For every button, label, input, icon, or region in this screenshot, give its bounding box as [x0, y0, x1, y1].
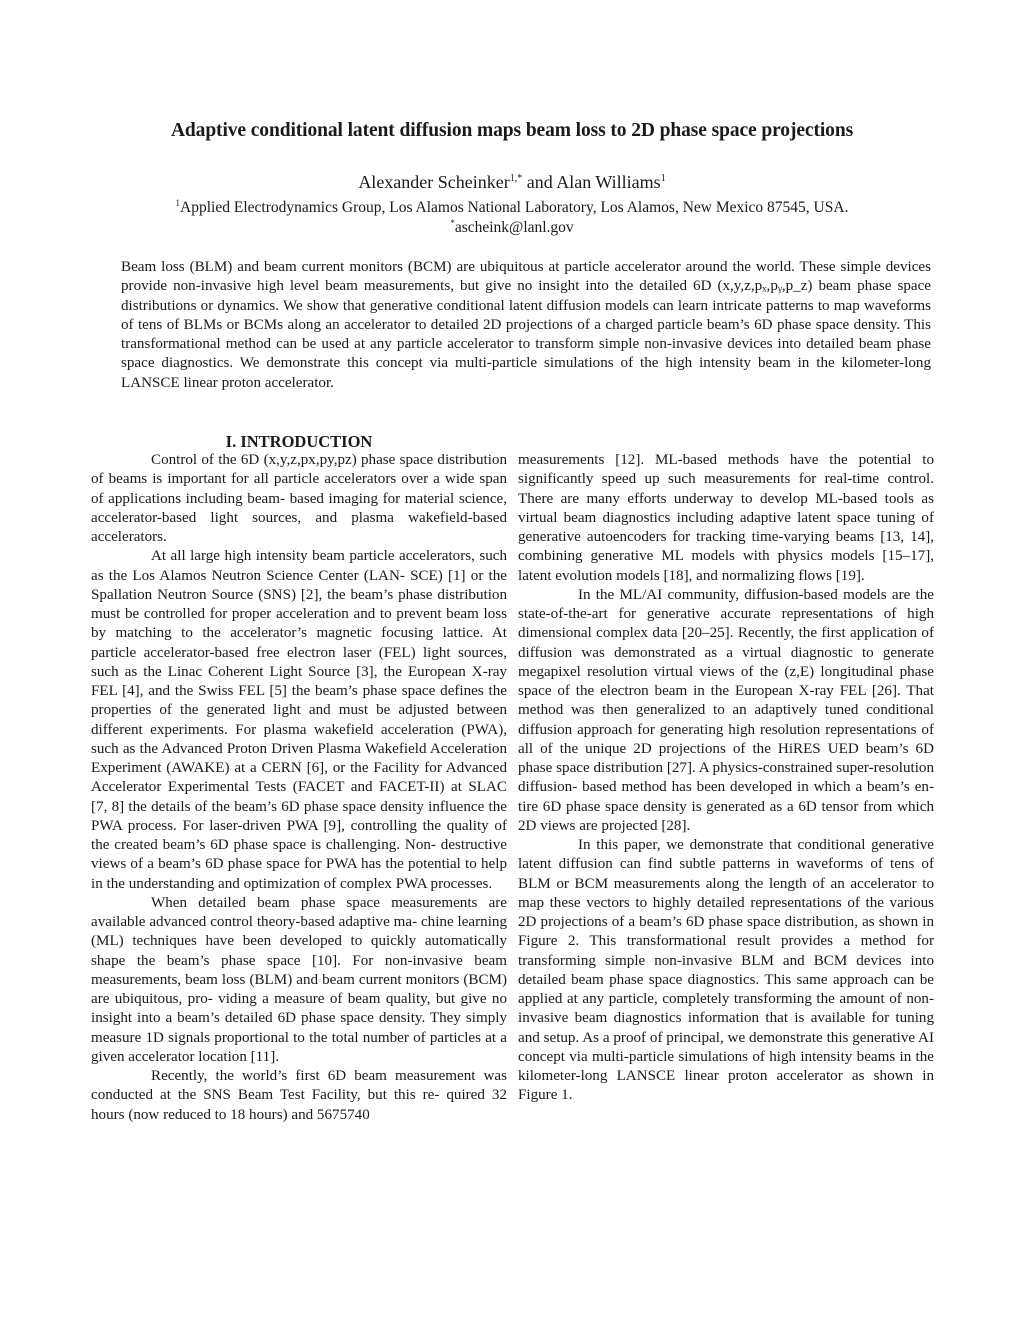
paragraph: Recently, the world’s first 6D beam meas… — [91, 1067, 507, 1125]
paragraph: In the ML/AI community, diffusion-based … — [518, 586, 934, 836]
paragraph: In this paper, we demonstrate that condi… — [518, 836, 934, 1106]
paper-title: Adaptive conditional latent diffusion ma… — [0, 120, 1024, 142]
abstract: Beam loss (BLM) and beam current monitor… — [121, 258, 931, 393]
paragraph-continuation: measurements [12]. ML-based methods have… — [518, 451, 934, 586]
left-column: I. INTRODUCTION Control of the 6D (x,y,z… — [91, 432, 507, 1125]
author-name: Alexander Scheinker — [358, 172, 509, 192]
right-column: measurements [12]. ML-based methods have… — [518, 451, 934, 1106]
paragraph: Control of the 6D (x,y,z,px,py,pz) phase… — [91, 451, 507, 547]
author-name: Alan Williams — [556, 172, 660, 192]
affiliation: 1Applied Electrodynamics Group, Los Alam… — [0, 198, 1024, 217]
paragraph: When detailed beam phase space measureme… — [91, 894, 507, 1067]
paragraph: At all large high intensity beam particl… — [91, 547, 507, 894]
author-connector: and — [522, 172, 556, 192]
contact-email: *ascheink@lanl.gov — [0, 218, 1024, 237]
email-link[interactable]: ascheink@lanl.gov — [455, 219, 574, 236]
affiliation-text: Applied Electrodynamics Group, Los Alamo… — [180, 199, 848, 216]
author-superscript: 1,* — [510, 173, 523, 184]
author-line: Alexander Scheinker1,* and Alan Williams… — [0, 172, 1024, 193]
section-heading: I. INTRODUCTION — [91, 432, 507, 451]
author-superscript: 1 — [661, 173, 666, 184]
